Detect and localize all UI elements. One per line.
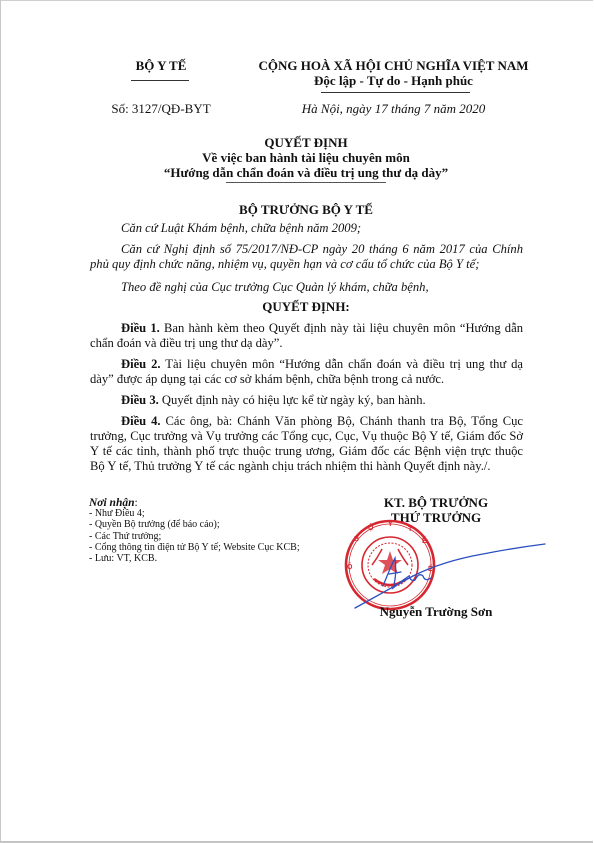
place-date: Hà Nội, ngày 17 tháng 7 năm 2020	[256, 101, 531, 117]
document-subject-title: “Hướng dẫn chẩn đoán và điều trị ung thư…	[141, 165, 471, 181]
document-page: BỘ Y TẾ Số: 3127/QĐ-BYT CỘNG HOÀ XÃ HỘI …	[0, 0, 593, 843]
article-3: Điều 3. Quyết định này có hiệu lực kể từ…	[90, 393, 523, 408]
recipient-item: - Quyền Bộ trưởng (để báo cáo);	[89, 519, 300, 530]
agency-name: BỘ Y TẾ	[111, 58, 211, 74]
basis-law-text: Căn cứ Luật Khám bệnh, chữa bệnh năm 200…	[121, 221, 361, 235]
article-3-label: Điều 3.	[121, 393, 159, 407]
document-type: QUYẾT ĐỊNH	[141, 135, 471, 151]
recipient-item: - Các Thứ trưởng;	[89, 531, 300, 542]
article-3-text: Quyết định này có hiệu lực kể từ ngày ký…	[159, 393, 426, 407]
recipient-item: - Như Điều 4;	[89, 508, 300, 519]
agency-underline	[131, 80, 189, 81]
document-subject: Về việc ban hành tài liệu chuyên môn	[141, 150, 471, 166]
title-underline	[226, 182, 386, 183]
article-4-label: Điều 4.	[121, 414, 161, 428]
recipient-item: - Cổng thông tin điện tử Bộ Y tế; Websit…	[89, 542, 300, 553]
national-motto: Độc lập - Tự do - Hạnh phúc	[256, 73, 531, 89]
svg-text:T: T	[408, 526, 413, 533]
authority-heading: BỘ TRƯỞNG BỘ Y TẾ	[141, 202, 471, 218]
motto-underline	[321, 92, 470, 93]
recipients-list: - Như Điều 4; - Quyền Bộ trưởng (để báo …	[89, 508, 300, 564]
recipient-item: - Lưu: VT, KCB.	[89, 553, 300, 564]
svg-text:Y: Y	[388, 521, 393, 528]
article-1-label: Điều 1.	[121, 321, 160, 335]
country-name: CỘNG HOÀ XÃ HỘI CHỦ NGHĨA VIỆT NAM	[256, 58, 531, 74]
article-4: Điều 4. Các ông, bà: Chánh Văn phòng Bộ,…	[90, 414, 523, 474]
basis-law: Căn cứ Luật Khám bệnh, chữa bệnh năm 200…	[90, 221, 523, 236]
article-1: Điều 1. Ban hành kèm theo Quyết định này…	[90, 321, 523, 351]
basis-proposal: Theo đề nghị của Cục trưởng Cục Quản lý …	[90, 280, 523, 295]
signature-ink-icon	[353, 536, 553, 611]
signature-on-behalf: KT. BỘ TRƯỞNG	[361, 495, 511, 511]
svg-text:Ộ: Ộ	[368, 523, 374, 532]
article-2-label: Điều 2.	[121, 357, 161, 371]
decision-heading: QUYẾT ĐỊNH:	[141, 299, 471, 315]
signer-name: Nguyễn Trường Sơn	[361, 604, 511, 620]
article-2: Điều 2. Tài liệu chuyên môn “Hướng dẫn c…	[90, 357, 523, 387]
basis-proposal-text: Theo đề nghị của Cục trưởng Cục Quản lý …	[121, 280, 429, 294]
basis-decree: Căn cứ Nghị định số 75/2017/NĐ-CP ngày 2…	[90, 242, 523, 272]
basis-decree-text: Căn cứ Nghị định số 75/2017/NĐ-CP ngày 2…	[90, 242, 523, 271]
document-number: Số: 3127/QĐ-BYT	[96, 101, 226, 117]
